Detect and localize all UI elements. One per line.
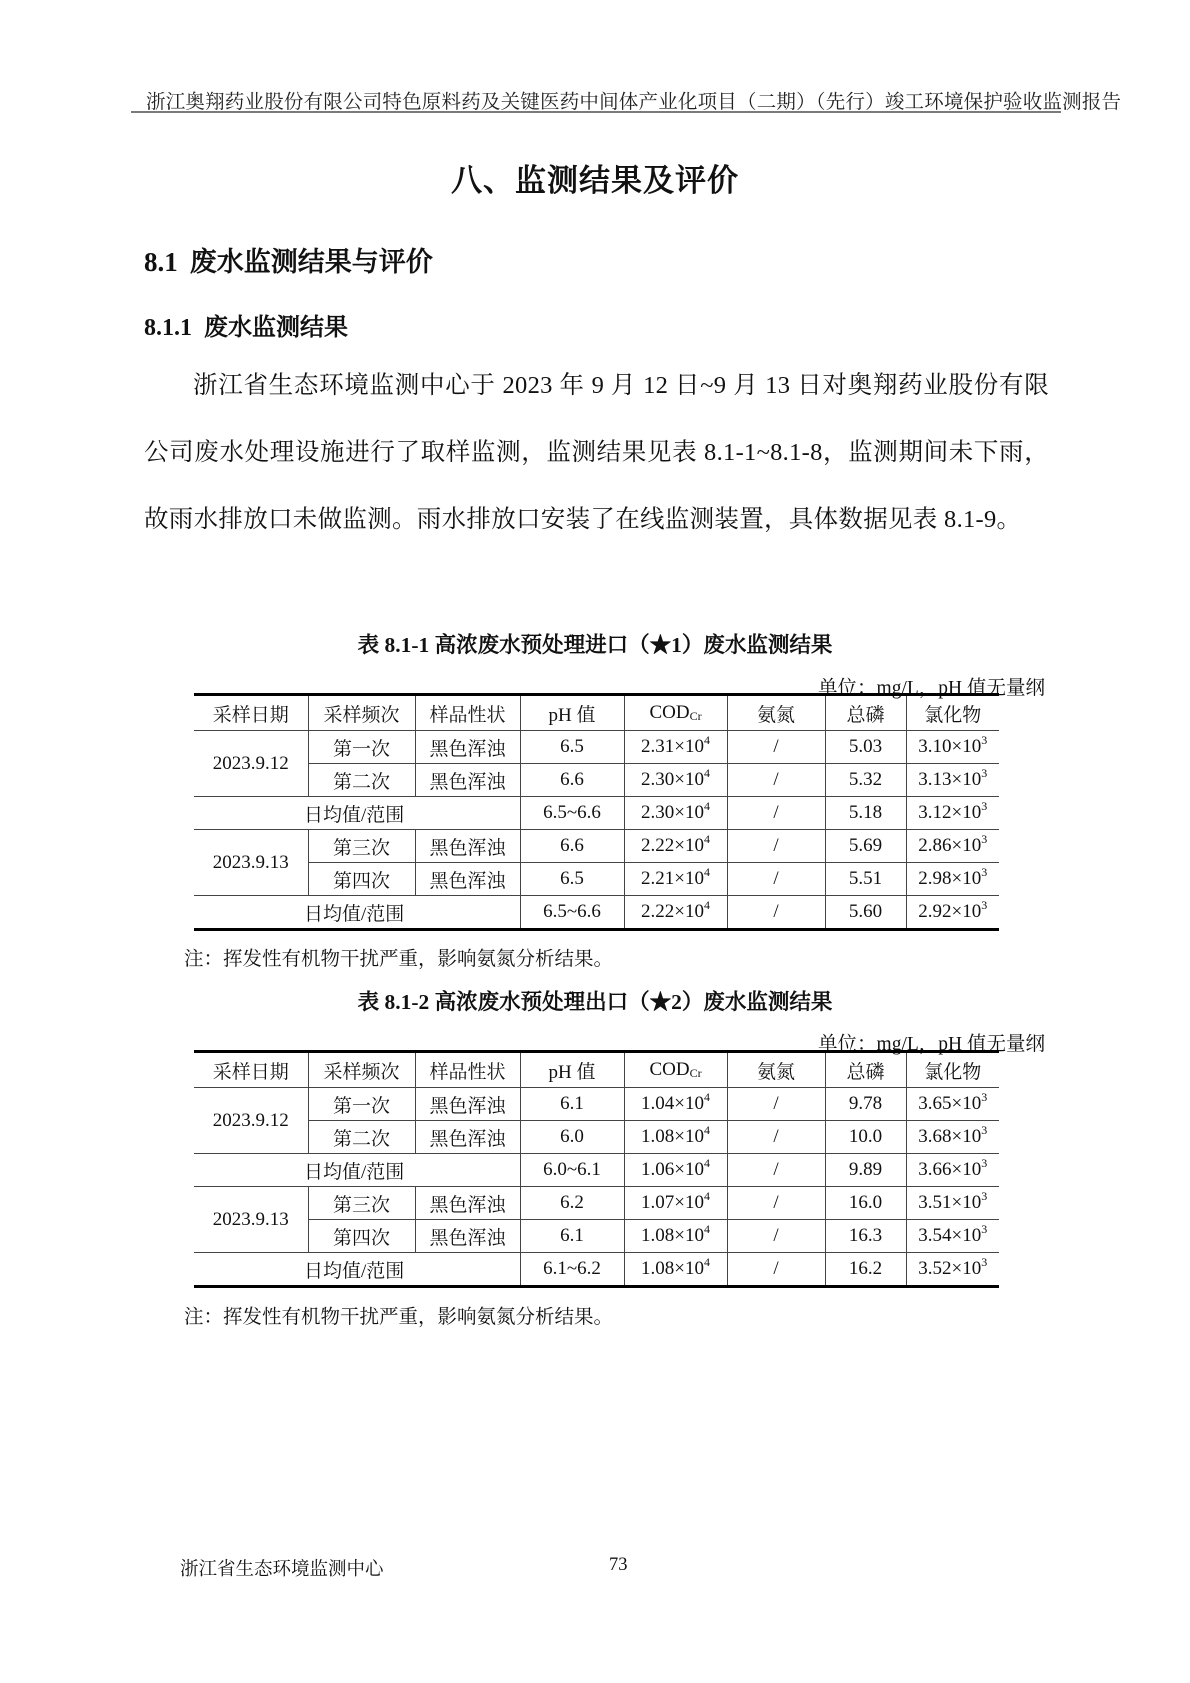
chloride-cell: 2.92×103 (906, 896, 999, 930)
chloride-cell: 3.68×103 (906, 1121, 999, 1154)
date-cell: 2023.9.12 (194, 1088, 308, 1154)
ammonia-cell: / (727, 1220, 825, 1253)
frequency-cell: 第四次 (308, 1220, 415, 1253)
table-row: 2023.9.12 第一次 黑色浑浊 6.5 2.31×104 / 5.03 3… (194, 731, 999, 764)
chloride-cell: 3.66×103 (906, 1154, 999, 1187)
col-header-appearance: 样品性状 (415, 1052, 520, 1088)
date-cell: 2023.9.13 (194, 830, 308, 896)
col-header-cod: CODCr (624, 1052, 727, 1088)
page-number: 73 (609, 1555, 628, 1576)
chloride-cell: 2.98×103 (906, 863, 999, 896)
footer-organization: 浙江省生态环境监测中心 (180, 1555, 384, 1581)
table-row: 第四次 黑色浑浊 6.5 2.21×104 / 5.51 2.98×103 (194, 863, 999, 896)
col-header-chloride: 氯化物 (906, 1052, 999, 1088)
appearance-cell: 黑色浑浊 (415, 1121, 520, 1154)
total-phosphorus-cell: 16.3 (825, 1220, 906, 1253)
subsection-title: 废水监测结果 (204, 315, 348, 341)
section-title: 废水监测结果与评价 (190, 247, 433, 277)
average-label: 日均值/范围 (194, 1253, 520, 1287)
cod-cell: 1.08×104 (624, 1121, 727, 1154)
section-heading: 8.1废水监测结果与评价 (144, 240, 433, 279)
chloride-cell: 3.10×103 (906, 731, 999, 764)
appearance-cell: 黑色浑浊 (415, 731, 520, 764)
ammonia-cell: / (727, 1187, 825, 1220)
col-header-frequency: 采样频次 (308, 695, 415, 731)
total-phosphorus-cell: 16.2 (825, 1253, 906, 1287)
date-cell: 2023.9.12 (194, 731, 308, 797)
cod-cell: 1.07×104 (624, 1187, 727, 1220)
col-header-date: 采样日期 (194, 695, 308, 731)
table-1-caption: 表 8.1-1 高浓废水预处理进口（★1）废水监测结果 (0, 628, 1190, 659)
header-divider (131, 111, 1061, 113)
chapter-title: 八、监测结果及评价 (0, 155, 1190, 200)
total-phosphorus-cell: 5.51 (825, 863, 906, 896)
col-header-ph: pH 值 (520, 695, 624, 731)
ph-cell: 6.0~6.1 (520, 1154, 624, 1187)
average-label: 日均值/范围 (194, 896, 520, 930)
running-header: 浙江奥翔药业股份有限公司特色原料药及关键医药中间体产业化项目（二期）（先行）竣工… (146, 86, 1056, 114)
date-cell: 2023.9.13 (194, 1187, 308, 1253)
cod-cell: 2.21×104 (624, 863, 727, 896)
ph-cell: 6.5 (520, 863, 624, 896)
appearance-cell: 黑色浑浊 (415, 1220, 520, 1253)
table-row: 2023.9.12 第一次 黑色浑浊 6.1 1.04×104 / 9.78 3… (194, 1088, 999, 1121)
cod-cell: 1.08×104 (624, 1220, 727, 1253)
ammonia-cell: / (727, 731, 825, 764)
chloride-cell: 3.65×103 (906, 1088, 999, 1121)
cod-cell: 1.06×104 (624, 1154, 727, 1187)
total-phosphorus-cell: 5.60 (825, 896, 906, 930)
cod-cell: 1.08×104 (624, 1253, 727, 1287)
daily-average-row: 日均值/范围 6.5~6.6 2.30×104 / 5.18 3.12×103 (194, 797, 999, 830)
table-header-row: 采样日期 采样频次 样品性状 pH 值 CODCr 氨氮 总磷 氯化物 (194, 695, 999, 731)
cod-cell: 2.30×104 (624, 797, 727, 830)
frequency-cell: 第四次 (308, 863, 415, 896)
total-phosphorus-cell: 10.0 (825, 1121, 906, 1154)
col-header-cod: CODCr (624, 695, 727, 731)
chloride-cell: 3.12×103 (906, 797, 999, 830)
frequency-cell: 第三次 (308, 830, 415, 863)
ph-cell: 6.5~6.6 (520, 896, 624, 930)
cod-cell: 2.30×104 (624, 764, 727, 797)
ammonia-cell: / (727, 863, 825, 896)
chloride-cell: 2.86×103 (906, 830, 999, 863)
appearance-cell: 黑色浑浊 (415, 830, 520, 863)
total-phosphorus-cell: 9.89 (825, 1154, 906, 1187)
frequency-cell: 第二次 (308, 1121, 415, 1154)
ph-cell: 6.2 (520, 1187, 624, 1220)
frequency-cell: 第一次 (308, 731, 415, 764)
col-header-date: 采样日期 (194, 1052, 308, 1088)
col-header-ph: pH 值 (520, 1052, 624, 1088)
col-header-ammonia: 氨氮 (727, 1052, 825, 1088)
body-paragraph: 浙江省生态环境监测中心于 2023 年 9 月 12 日~9 月 13 日对奥翔… (144, 352, 1049, 553)
ph-cell: 6.5 (520, 731, 624, 764)
table-row: 2023.9.13 第三次 黑色浑浊 6.2 1.07×104 / 16.0 3… (194, 1187, 999, 1220)
ph-cell: 6.1~6.2 (520, 1253, 624, 1287)
table-2: 采样日期 采样频次 样品性状 pH 值 CODCr 氨氮 总磷 氯化物 2023… (194, 1050, 999, 1288)
total-phosphorus-cell: 5.03 (825, 731, 906, 764)
table-row: 2023.9.13 第三次 黑色浑浊 6.6 2.22×104 / 5.69 2… (194, 830, 999, 863)
ammonia-cell: / (727, 896, 825, 930)
appearance-cell: 黑色浑浊 (415, 1088, 520, 1121)
table-header-row: 采样日期 采样频次 样品性状 pH 值 CODCr 氨氮 总磷 氯化物 (194, 1052, 999, 1088)
cod-cell: 1.04×104 (624, 1088, 727, 1121)
daily-average-row: 日均值/范围 6.1~6.2 1.08×104 / 16.2 3.52×103 (194, 1253, 999, 1287)
col-header-chloride: 氯化物 (906, 695, 999, 731)
col-header-total-phosphorus: 总磷 (825, 695, 906, 731)
col-header-total-phosphorus: 总磷 (825, 1052, 906, 1088)
total-phosphorus-cell: 16.0 (825, 1187, 906, 1220)
cod-cell: 2.22×104 (624, 896, 727, 930)
table-row: 第二次 黑色浑浊 6.6 2.30×104 / 5.32 3.13×103 (194, 764, 999, 797)
col-header-frequency: 采样频次 (308, 1052, 415, 1088)
daily-average-row: 日均值/范围 6.5~6.6 2.22×104 / 5.60 2.92×103 (194, 896, 999, 930)
frequency-cell: 第二次 (308, 764, 415, 797)
ammonia-cell: / (727, 1121, 825, 1154)
table-row: 第四次 黑色浑浊 6.1 1.08×104 / 16.3 3.54×103 (194, 1220, 999, 1253)
col-header-appearance: 样品性状 (415, 695, 520, 731)
average-label: 日均值/范围 (194, 1154, 520, 1187)
table-row: 第二次 黑色浑浊 6.0 1.08×104 / 10.0 3.68×103 (194, 1121, 999, 1154)
frequency-cell: 第三次 (308, 1187, 415, 1220)
table-2-note: 注：挥发性有机物干扰严重，影响氨氮分析结果。 (184, 1301, 613, 1329)
table-1-note: 注：挥发性有机物干扰严重，影响氨氮分析结果。 (184, 943, 613, 971)
cod-cell: 2.22×104 (624, 830, 727, 863)
chloride-cell: 3.13×103 (906, 764, 999, 797)
ammonia-cell: / (727, 797, 825, 830)
chloride-cell: 3.54×103 (906, 1220, 999, 1253)
average-label: 日均值/范围 (194, 797, 520, 830)
cod-cell: 2.31×104 (624, 731, 727, 764)
chloride-cell: 3.51×103 (906, 1187, 999, 1220)
total-phosphorus-cell: 5.18 (825, 797, 906, 830)
total-phosphorus-cell: 9.78 (825, 1088, 906, 1121)
appearance-cell: 黑色浑浊 (415, 863, 520, 896)
subsection-heading: 8.1.1废水监测结果 (144, 307, 348, 342)
chloride-cell: 3.52×103 (906, 1253, 999, 1287)
ammonia-cell: / (727, 830, 825, 863)
ammonia-cell: / (727, 1088, 825, 1121)
subsection-number: 8.1.1 (144, 315, 192, 341)
ph-cell: 6.1 (520, 1220, 624, 1253)
table-2-caption: 表 8.1-2 高浓废水预处理出口（★2）废水监测结果 (0, 985, 1190, 1016)
ph-cell: 6.6 (520, 830, 624, 863)
appearance-cell: 黑色浑浊 (415, 1187, 520, 1220)
ammonia-cell: / (727, 1253, 825, 1287)
ph-cell: 6.0 (520, 1121, 624, 1154)
total-phosphorus-cell: 5.32 (825, 764, 906, 797)
ammonia-cell: / (727, 764, 825, 797)
ph-cell: 6.6 (520, 764, 624, 797)
appearance-cell: 黑色浑浊 (415, 764, 520, 797)
frequency-cell: 第一次 (308, 1088, 415, 1121)
ammonia-cell: / (727, 1154, 825, 1187)
section-number: 8.1 (144, 247, 178, 277)
ph-cell: 6.1 (520, 1088, 624, 1121)
daily-average-row: 日均值/范围 6.0~6.1 1.06×104 / 9.89 3.66×103 (194, 1154, 999, 1187)
col-header-ammonia: 氨氮 (727, 695, 825, 731)
table-1: 采样日期 采样频次 样品性状 pH 值 CODCr 氨氮 总磷 氯化物 2023… (194, 693, 999, 931)
total-phosphorus-cell: 5.69 (825, 830, 906, 863)
ph-cell: 6.5~6.6 (520, 797, 624, 830)
